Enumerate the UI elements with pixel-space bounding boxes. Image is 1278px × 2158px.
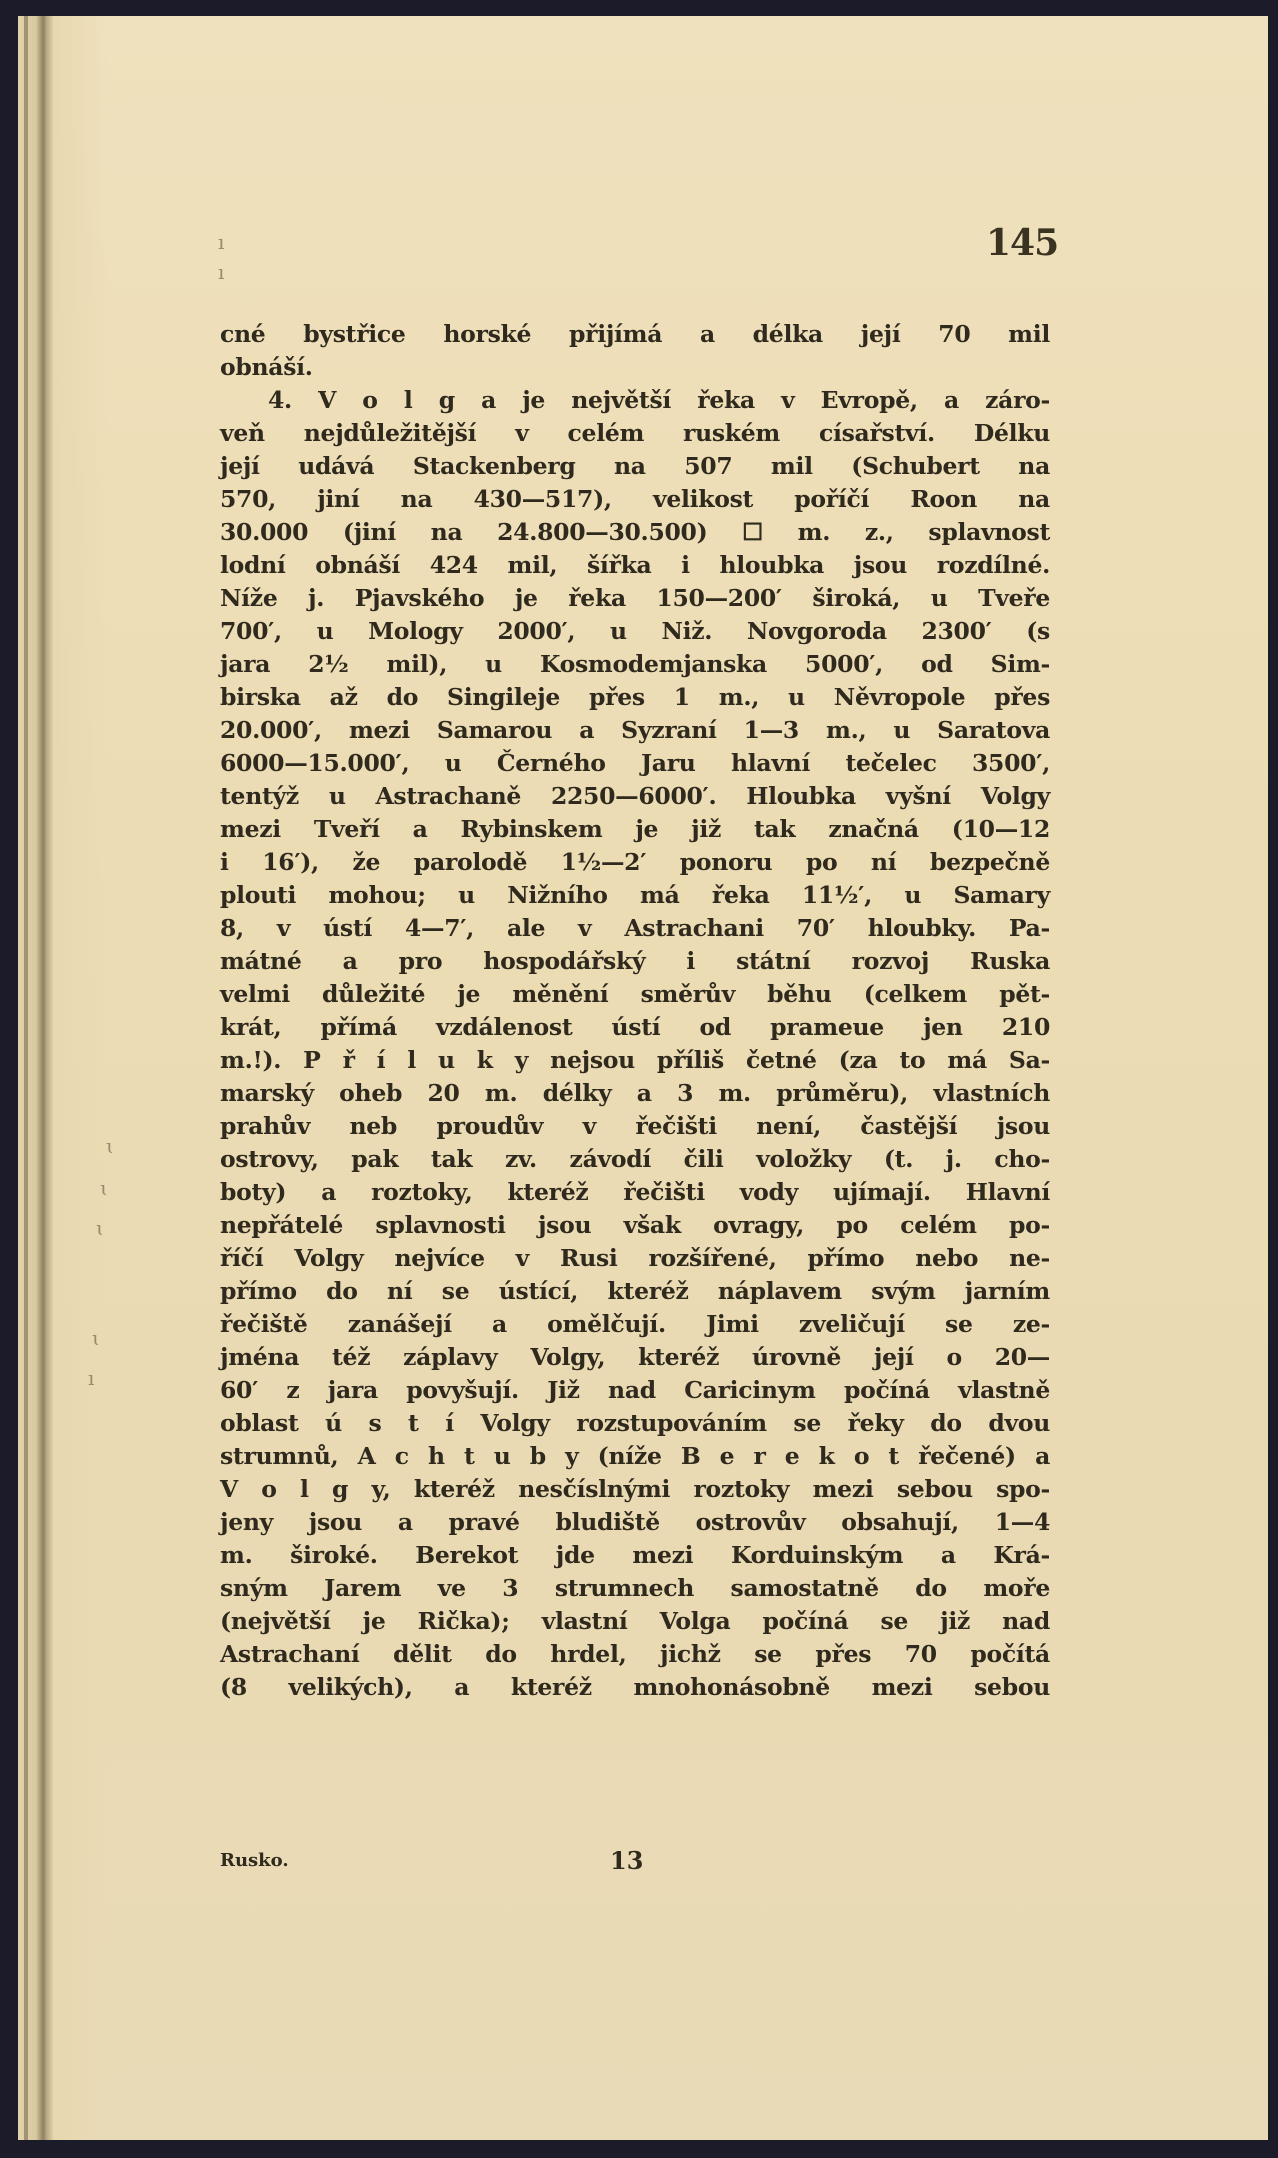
text-line: 700′, u Mology 2000′, u Niž. Novgoroda 2… (220, 615, 1050, 648)
text-line: (největší je Rička); vlastní Volga počín… (220, 1605, 1050, 1638)
text-line: nepřátelé splavnosti jsou však ovragy, p… (220, 1209, 1050, 1242)
text-line: boty) a roztoky, kteréž řečišti vody ují… (220, 1176, 1050, 1209)
text-line: Níže j. Pjavského je řeka 150—200′ širok… (220, 582, 1050, 615)
page-footer: Rusko. 13 (220, 1846, 1050, 1876)
text-line: jména též záplavy Volgy, kteréž úrovně j… (220, 1341, 1050, 1374)
body-text: cné bystřice horské přijímá a délka její… (220, 318, 1050, 1704)
page-number: 145 (986, 222, 1058, 264)
text-line: 30.000 (jiní na 24.800—30.500) ☐ m. z., … (220, 516, 1050, 549)
text-line: lodní obnáší 424 mil, šířka i hloubka js… (220, 549, 1050, 582)
margin-pencil-mark: ɩ (96, 1216, 104, 1240)
sheet-number: 13 (610, 1846, 643, 1875)
text-line: mezi Tveří a Rybinskem je již tak značná… (220, 813, 1050, 846)
margin-pencil-mark: ɩ (106, 1134, 114, 1158)
text-line: 4. V o l g a je největší řeka v Evropě, … (220, 384, 1050, 417)
text-line: strumnů, A c h t u b y (níže B e r e k o… (220, 1440, 1050, 1473)
margin-pencil-mark: ı (218, 230, 224, 254)
text-line: 60′ z jara povyšují. Již nad Caricinym p… (220, 1374, 1050, 1407)
text-line: mátné a pro hospodářský i státní rozvoj … (220, 945, 1050, 978)
text-line: birska až do Singileje přes 1 m., u Něvr… (220, 681, 1050, 714)
text-line: Astrachaní dělit do hrdel, jichž se přes… (220, 1638, 1050, 1671)
book-spine-shadow (24, 16, 28, 2140)
text-line: (8 velikých), a kteréž mnohonásobně mezi… (220, 1671, 1050, 1704)
text-line: cné bystřice horské přijímá a délka její… (220, 318, 1050, 351)
text-line: ostrovy, pak tak zv. závodí čili voložky… (220, 1143, 1050, 1176)
text-line: plouti mohou; u Nižního má řeka 11½′, u … (220, 879, 1050, 912)
text-line: tentýž u Astrachaně 2250—6000′. Hloubka … (220, 780, 1050, 813)
text-line: marský oheb 20 m. délky a 3 m. průměru),… (220, 1077, 1050, 1110)
margin-pencil-mark: ı (218, 260, 224, 284)
text-line: říčí Volgy nejvíce v Rusi rozšířené, pří… (220, 1242, 1050, 1275)
text-line: krát, přímá vzdálenost ústí od prameue j… (220, 1011, 1050, 1044)
margin-pencil-mark: ɩ (92, 1326, 100, 1350)
text-line: sným Jarem ve 3 strumnech samostatně do … (220, 1572, 1050, 1605)
text-line: 20.000′, mezi Samarou a Syzraní 1—3 m., … (220, 714, 1050, 747)
margin-pencil-mark: ɩ (100, 1176, 108, 1200)
margin-pencil-mark: ı (88, 1366, 94, 1390)
text-line: jeny jsou a pravé bludiště ostrovův obsa… (220, 1506, 1050, 1539)
text-line: 6000—15.000′, u Černého Jaru hlavní teče… (220, 747, 1050, 780)
text-line: velmi důležité je měnění směrův běhu (ce… (220, 978, 1050, 1011)
text-line: obnáší. (220, 351, 1050, 384)
text-line: jara 2½ mil), u Kosmodemjanska 5000′, od… (220, 648, 1050, 681)
book-page: ı ı ɩ ɩ ɩ ɩ ı 145 cné bystřice horské př… (18, 16, 1268, 2140)
text-line: přímo do ní se ústící, kteréž náplavem s… (220, 1275, 1050, 1308)
text-line: i 16′), že parolodě 1½—2′ ponoru po ní b… (220, 846, 1050, 879)
text-line: řečiště zanášejí a omělčují. Jimi zvelič… (220, 1308, 1050, 1341)
text-line: 8, v ústí 4—7′, ale v Astrachani 70′ hlo… (220, 912, 1050, 945)
text-line: m.!). P ř í l u k y nejsou příliš četné … (220, 1044, 1050, 1077)
text-line: prahův neb proudův v řečišti není, častě… (220, 1110, 1050, 1143)
text-line: veň nejdůležitější v celém ruském císařs… (220, 417, 1050, 450)
text-line: její udává Stackenberg na 507 mil (Schub… (220, 450, 1050, 483)
signature-mark: Rusko. (220, 1850, 289, 1871)
text-line: V o l g y, kteréž nesčíslnými roztoky me… (220, 1473, 1050, 1506)
text-line: m. široké. Berekot jde mezi Korduinským … (220, 1539, 1050, 1572)
text-line: oblast ú s t í Volgy rozstupováním se ře… (220, 1407, 1050, 1440)
text-line: 570, jiní na 430—517), velikost poříčí R… (220, 483, 1050, 516)
